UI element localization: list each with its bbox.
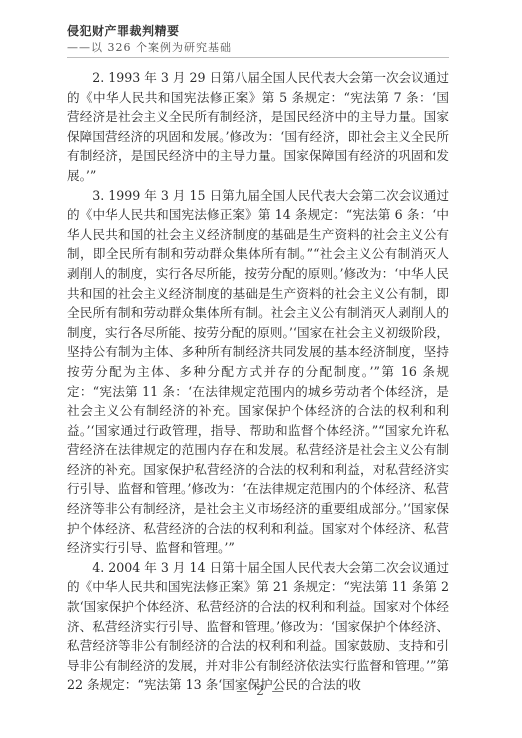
paragraph-item-2: 2. 1993 年 3 月 29 日第八届全国人民代表大会第一次会议通过的《中华… xyxy=(67,68,449,186)
book-subtitle: ——以 326 个案例为研究基础 xyxy=(67,41,449,55)
page-number: — 2 — xyxy=(0,684,522,698)
document-page: 侵犯财产罪裁判精要 ——以 326 个案例为研究基础 2. 1993 年 3 月… xyxy=(0,0,522,738)
paragraph-item-4: 4. 2004 年 3 月 14 日第十届全国人民代表大会第二次会议通过的《中华… xyxy=(67,558,449,695)
paragraph-item-3: 3. 1999 年 3 月 15 日第九届全国人民代表大会第二次会议通过的《中华… xyxy=(67,186,449,558)
header-divider xyxy=(67,57,449,58)
body-text: 2. 1993 年 3 月 29 日第八届全国人民代表大会第一次会议通过的《中华… xyxy=(67,68,449,695)
book-title: 侵犯财产罪裁判精要 xyxy=(67,24,449,38)
running-head: 侵犯财产罪裁判精要 ——以 326 个案例为研究基础 xyxy=(67,24,449,55)
